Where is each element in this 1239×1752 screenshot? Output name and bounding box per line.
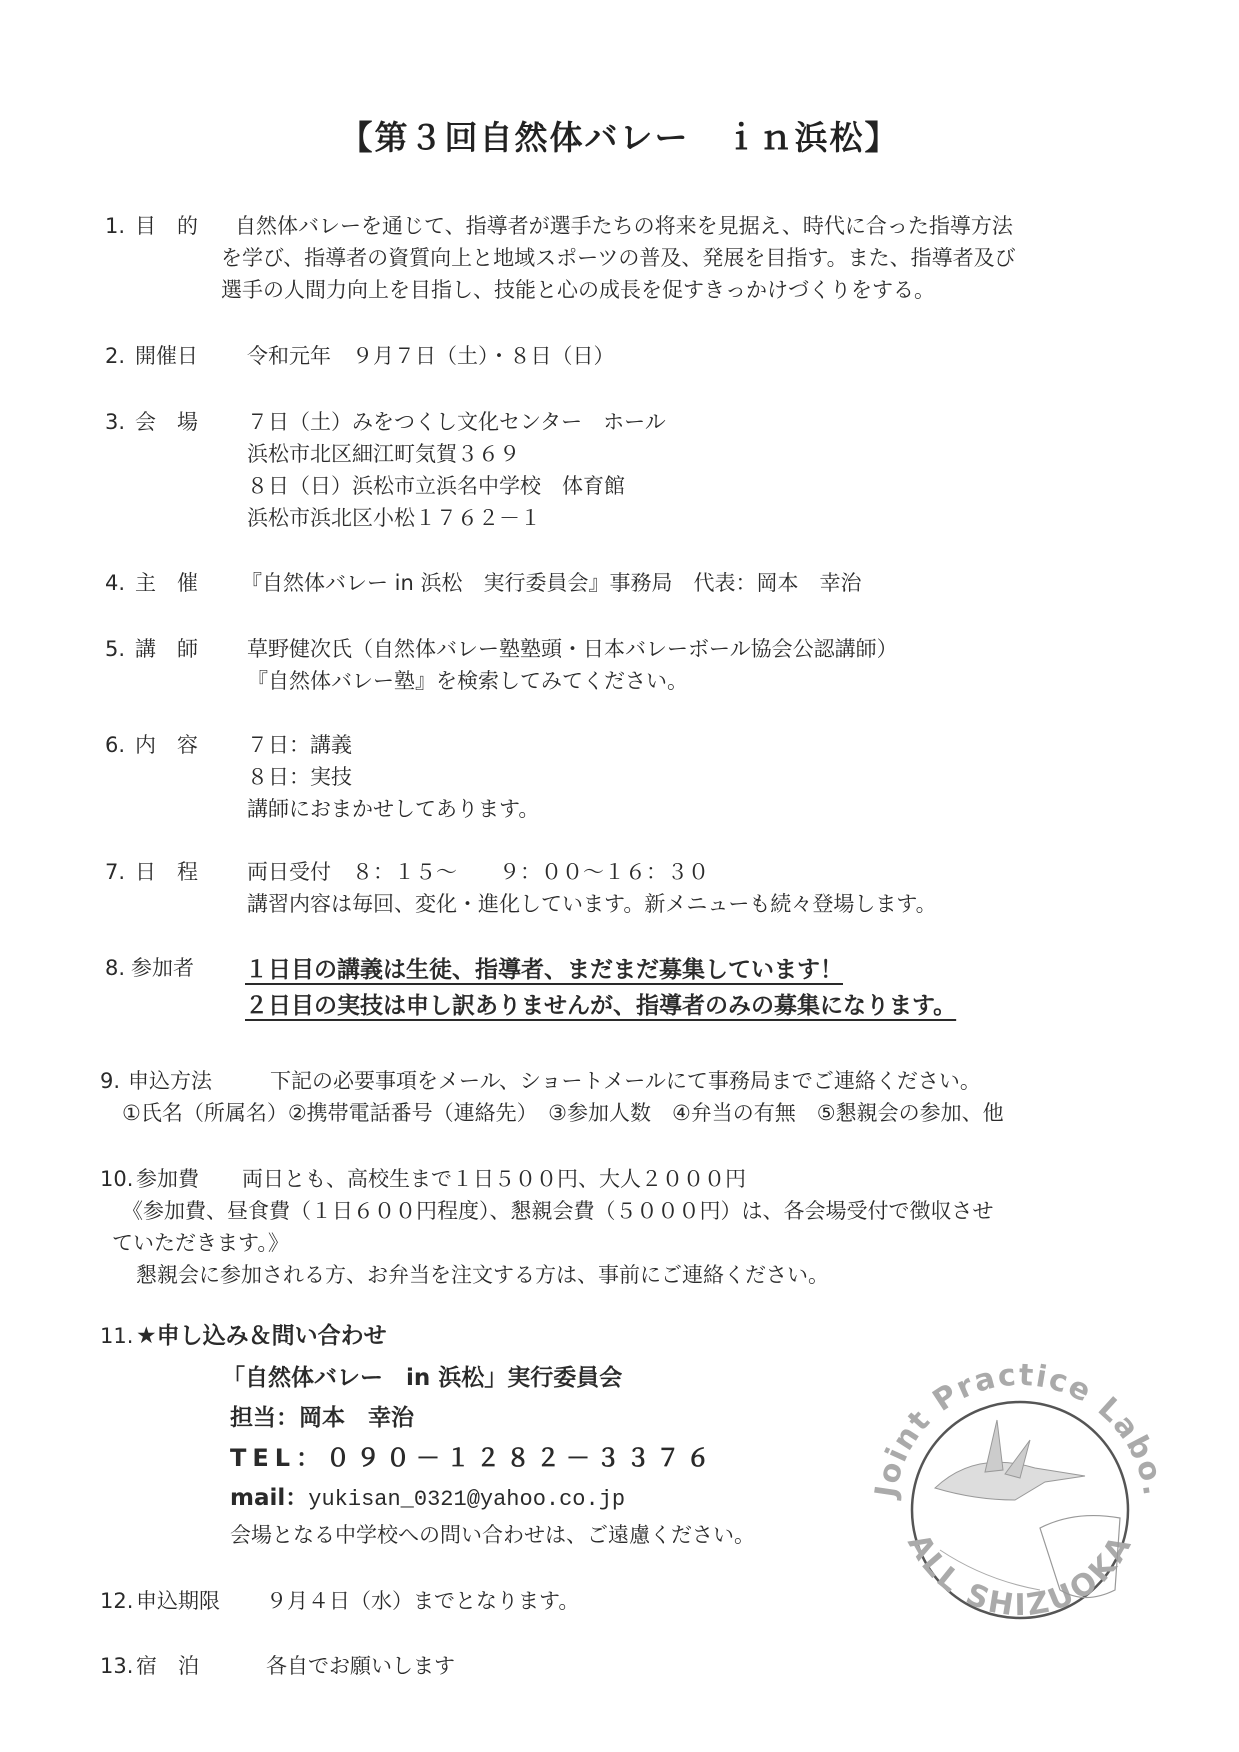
section-label: 参加者 — [131, 952, 194, 984]
section-number: 2. — [105, 340, 125, 372]
section-label: 開催日 — [135, 340, 198, 372]
logo-bottom-text: ALL SHIZUOKA — [900, 1528, 1139, 1623]
page-title: 【第３回自然体バレー ｉｎ浜松】 — [0, 112, 1239, 159]
section-text: 《参加費、昼食費（１日６００円程度）、懇親会費（５０００円）は、各会場受付で徴収… — [122, 1195, 994, 1227]
section-text: 会場となる中学校への問い合わせは、ご遠慮ください。 — [222, 1520, 755, 1550]
section-number: 4. — [105, 567, 125, 599]
section-label: 会 場 — [135, 406, 198, 438]
committee-name: 「自然体バレー in 浜松」実行委員会 — [222, 1358, 755, 1398]
section-label: 講 師 — [135, 633, 198, 665]
section-label: 日 程 — [135, 856, 198, 888]
section-label: 申込方法 — [128, 1065, 212, 1097]
section-text: ９月４日（水）までとなります。 — [266, 1585, 579, 1617]
section-text: 講師におまかせしてあります。 — [247, 793, 539, 825]
required-items-list: ①氏名（所属名）②携帯電話番号（連絡先） ③参加人数 ④弁当の有無 ⑤懇親会の参… — [122, 1097, 1004, 1129]
section-number: 12. — [100, 1585, 133, 1617]
section-text: 浜松市浜北区小松１７６２－１ — [247, 502, 666, 534]
section-text: ７日：講義 — [247, 729, 539, 761]
section-text: 自然体バレーを通じて、指導者が選手たちの将来を見据え、時代に合った指導方法 — [235, 210, 1013, 242]
section-text: ８日：実技 — [247, 761, 539, 793]
section-number: 3. — [105, 406, 125, 438]
section-label: 目 的 — [135, 210, 198, 242]
section-text: 講習内容は毎回、変化・進化しています。新メニューも続々登場します。 — [247, 888, 937, 920]
section-text: 各自でお願いします — [266, 1650, 455, 1682]
section-label: 参加費 — [136, 1163, 199, 1195]
section-text: 草野健次氏（自然体バレー塾塾頭・日本バレーボール協会公認講師） — [247, 633, 898, 665]
section-text: 令和元年 ９月７日（土）・８日（日） — [247, 340, 615, 372]
contact-heading: ★申し込み＆問い合わせ — [136, 1320, 387, 1352]
email-link[interactable]: yukisan_0321@yahoo.co.jp — [308, 1487, 625, 1512]
participants-day1-notice: １日目の講義は生徒、指導者、まだまだ募集しています！ — [245, 952, 956, 988]
section-number: 7. — [105, 856, 125, 888]
mail-label: mail： — [230, 1485, 308, 1511]
section-text: 浜松市北区細江町気賀３６９ — [247, 438, 666, 470]
section-number: 9. — [100, 1065, 120, 1097]
section-text: ８日（日）浜松市立浜名中学校 体育館 — [247, 470, 666, 502]
section-label: 申込期限 — [136, 1585, 220, 1617]
contact-person: 担当：岡本 幸治 — [222, 1398, 755, 1438]
section-label: 内 容 — [135, 729, 198, 761]
section-text: 下記の必要事項をメール、ショートメールにて事務局までご連絡ください。 — [270, 1065, 981, 1097]
section-text: ７日（土）みをつくし文化センター ホール — [247, 406, 666, 438]
section-text: 両日とも、高校生まで１日５００円、大人２０００円 — [242, 1163, 746, 1195]
phone-number: TEL：０９０－１２８２－３３７６ — [222, 1438, 755, 1478]
section-number: 11. — [100, 1320, 133, 1352]
section-text: 『自然体バレー in 浜松 実行委員会』事務局 代表：岡本 幸治 — [241, 567, 862, 599]
participants-day2-notice: ２日目の実技は申し訳ありませんが、指導者のみの募集になります。 — [245, 988, 956, 1024]
section-number: 6. — [105, 729, 125, 761]
section-text: ていただきます。》 — [112, 1227, 289, 1259]
section-number: 13. — [100, 1650, 133, 1682]
section-label: 宿 泊 — [136, 1650, 199, 1682]
section-text: を学び、指導者の資質向上と地域スポーツの普及、発展を目指す。また、指導者及び — [221, 242, 1016, 274]
section-number: 8. — [105, 952, 125, 984]
bird-emblem-icon: Joint Practice Labo. ALL SHIZUOKA — [865, 1340, 1175, 1650]
section-number: 10. — [100, 1163, 133, 1195]
section-text: 懇親会に参加される方、お弁当を注文する方は、事前にご連絡ください。 — [136, 1259, 829, 1291]
section-text: 選手の人間力向上を目指し、技能と心の成長を促すきっかけづくりをする。 — [221, 274, 1016, 306]
svg-text:ALL SHIZUOKA: ALL SHIZUOKA — [900, 1528, 1139, 1623]
section-text: 両日受付 ８：１５～ ９：００～１６：３０ — [247, 856, 937, 888]
section-text: 『自然体バレー塾』を検索してみてください。 — [247, 665, 898, 697]
section-number: 1. — [105, 210, 125, 242]
section-label: 主 催 — [135, 567, 198, 599]
joint-practice-labo-logo: Joint Practice Labo. ALL SHIZUOKA — [865, 1340, 1175, 1650]
section-number: 5. — [105, 633, 125, 665]
